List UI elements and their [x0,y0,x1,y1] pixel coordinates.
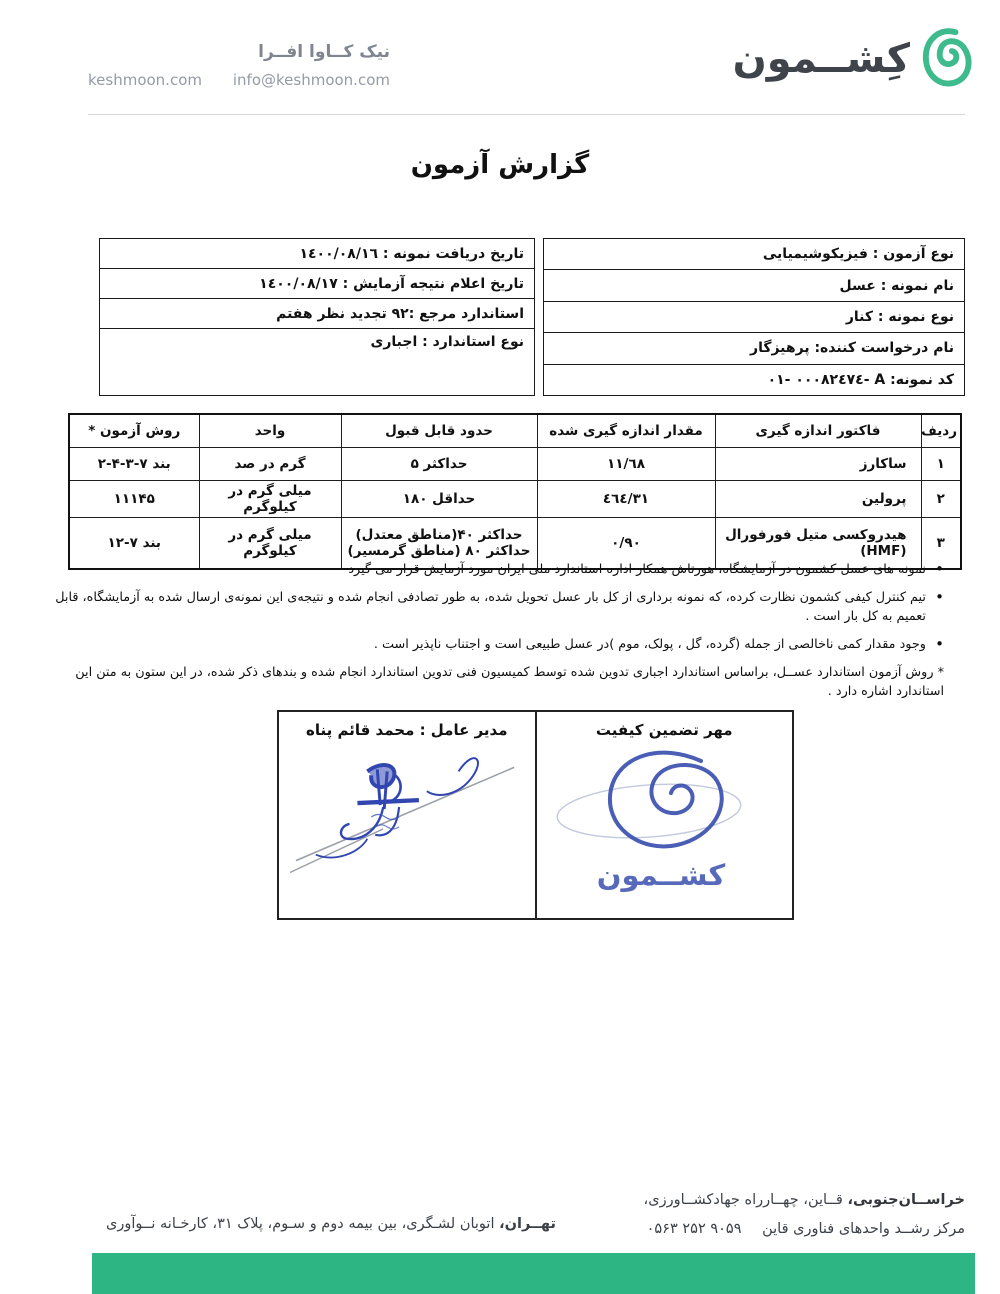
phone-number: ۰۵۶۳ ۲۵۲ ۹۰۵۹ [647,1215,742,1244]
manager-title: مدیر عامل : محمد قائم پناه [279,721,535,739]
result-date: تاریخ اعلام نتیجه آزمایش : ١٤٠٠/٠٨/١٧ [100,269,535,299]
col-acceptable-limits: حدود قابل قبول [341,414,537,448]
table-row: نام درخواست کننده: پرهیزگار [544,333,965,364]
factor-cell: پرولین [715,481,921,518]
city-name: تهــران، [499,1216,556,1232]
table-row: ۲ پرولین ٤٦٤/٣١ حداقل ۱۸۰ میلی گرم در کی… [69,481,961,518]
footer-address-tehran: تهــران، اتوبان لشـگری، بین بیمه دوم و س… [106,1216,556,1232]
footer-green-bar [92,1253,975,1294]
limit-cell: حداکثر ۵ [341,448,537,481]
notes-section: • نمونه های عسل کشمون در آزمایشگاه، هورت… [38,560,944,701]
requester-name: نام درخواست کننده: پرهیزگار [544,333,965,364]
limit-line-1: حداکثر ۴۰(مناطق معتدل) [345,527,534,543]
signoff-box: مهر تضمین کیفیت کشــمون مدیر عامل : محمد… [277,710,794,920]
col-factor: فاکتور اندازه گیری [715,414,921,448]
table-row: تاریخ اعلام نتیجه آزمایش : ١٤٠٠/٠٨/١٧ [100,269,535,299]
sample-type: نوع نمونه : کنار [544,301,965,332]
manager-signature-cell: مدیر عامل : محمد قائم پناه [279,712,535,918]
table-row: تاریخ دریافت نمونه : ١٤٠٠/٠٨/١٦ [100,239,535,269]
footer-address-qaen: خراســان‌جنوبی، قــاین، چهــارراه جهادکش… [644,1186,965,1244]
row-number: ۲ [921,481,961,518]
note-text: نمونه های عسل کشمون در آزمایشگاه، هورتاش… [348,560,926,579]
results-table: ردیف فاکتور اندازه گیری مقدار اندازه گیر… [68,413,962,570]
table-row: نوع آزمون : فیزیکوشیمیایی [544,239,965,270]
col-measured-value: مقدار اندازه گیری شده [537,414,715,448]
table-row: نوع استاندارد : اجباری [100,329,535,396]
email-link[interactable]: info@keshmoon.com [233,71,390,89]
unit-cell: گرم در صد [199,448,341,481]
limit-cell: حداقل ۱۸۰ [341,481,537,518]
sample-code-label: کد نمونه: [890,372,954,388]
region-name: خراســان‌جنوبی، [847,1192,965,1208]
sample-code-value: ٠٠٠٨٢٤٧٤ -٠١- A [768,372,886,388]
factor-cell: ساکارز [715,448,921,481]
quality-stamp-cell: مهر تضمین کیفیت کشــمون [535,712,793,918]
note-text: تیم کنترل کیفی کشمون نظارت کرده، که نمون… [38,588,926,626]
test-report-page: کِشــمون نیک کــاوا افــرا keshmoon.com … [0,0,1000,1294]
col-test-method: روش آزمون * [69,414,199,448]
brand-header: کِشــمون [733,26,972,92]
header-divider [88,114,965,115]
value-cell: ٤٦٤/٣١ [537,481,715,518]
page-title: گزارش آزمون [0,150,1000,180]
contact-line: keshmoon.com info@keshmoon.com [88,71,390,89]
list-item: • تیم کنترل کیفی کشمون نظارت کرده، که نم… [38,588,944,626]
sample-info-table-left: تاریخ دریافت نمونه : ١٤٠٠/٠٨/١٦ تاریخ اع… [99,238,535,396]
value-cell: ١١/٦٨ [537,448,715,481]
method-cell: ۱۱۱۴۵ [69,481,199,518]
brand-wordmark: کِشــمون [733,27,910,91]
results-header-row: ردیف فاکتور اندازه گیری مقدار اندازه گیر… [69,414,961,448]
sample-name: نام نمونه : عسل [544,270,965,301]
sample-code: کد نمونه: ٠٠٠٨٢٤٧٤ -٠١- A [544,364,965,395]
company-name: نیک کــاوا افــرا [88,42,390,62]
table-row: ۱ ساکارز ١١/٦٨ حداکثر ۵ گرم در صد بند ۷-… [69,448,961,481]
bullet-icon: • [926,560,944,578]
col-row-number: ردیف [921,414,961,448]
row-number: ۱ [921,448,961,481]
list-item: • وجود مقدار کمی ناخالصی از جمله (گرده، … [38,635,944,654]
unit-cell: میلی گرم در کیلوگرم [199,481,341,518]
table-row: کد نمونه: ٠٠٠٨٢٤٧٤ -٠١- A [544,364,965,395]
bullet-icon: • [926,635,944,653]
company-block: نیک کــاوا افــرا keshmoon.com info@kesh… [88,42,390,89]
manager-signature-image [288,874,526,893]
address-line-1: خراســان‌جنوبی، قــاین، چهــارراه جهادکش… [644,1186,965,1215]
keshmoon-logo-icon [920,26,972,92]
address-line-2: مرکز رشــد واحدهای فناوری قاین ۰۵۶۳ ۲۵۲ … [644,1215,965,1244]
method-cell: بند ۷-۳-۴-۲ [69,448,199,481]
stamp-word: کشــمون [597,858,726,892]
stamp-title: مهر تضمین کیفیت [537,721,793,739]
quality-stamp-image: کشــمون [549,884,779,903]
website-link[interactable]: keshmoon.com [88,71,202,89]
note-text: وجود مقدار کمی ناخالصی از جمله (گرده، گل… [374,635,926,654]
test-type: نوع آزمون : فیزیکوشیمیایی [544,239,965,270]
list-item: • نمونه های عسل کشمون در آزمایشگاه، هورت… [38,560,944,579]
reference-standard: استاندارد مرجع :۹۲ تجدید نظر هفتم [100,299,535,329]
sample-info-table-right: نوع آزمون : فیزیکوشیمیایی نام نمونه : عس… [543,238,965,396]
tehran-rest: اتوبان لشـگری، بین بیمه دوم و سـوم، پلاک… [106,1216,499,1232]
receive-date: تاریخ دریافت نمونه : ١٤٠٠/٠٨/١٦ [100,239,535,269]
method-footnote: * روش آزمون استاندارد عســل، براساس استا… [38,663,944,701]
table-row: نوع نمونه : کنار [544,301,965,332]
sample-info-tables: نوع آزمون : فیزیکوشیمیایی نام نمونه : عس… [99,238,965,396]
standard-type: نوع استاندارد : اجباری [100,329,535,396]
region-rest: قــاین، چهــارراه جهادکشــاورزی، [644,1192,848,1208]
table-row: استاندارد مرجع :۹۲ تجدید نظر هفتم [100,299,535,329]
bullet-icon: • [926,588,944,606]
incubator-name: مرکز رشــد واحدهای فناوری قاین [762,1221,965,1237]
table-row: نام نمونه : عسل [544,270,965,301]
limit-line-2: حداکثر ۸۰ (مناطق گرمسیر) [345,543,534,559]
col-unit: واحد [199,414,341,448]
